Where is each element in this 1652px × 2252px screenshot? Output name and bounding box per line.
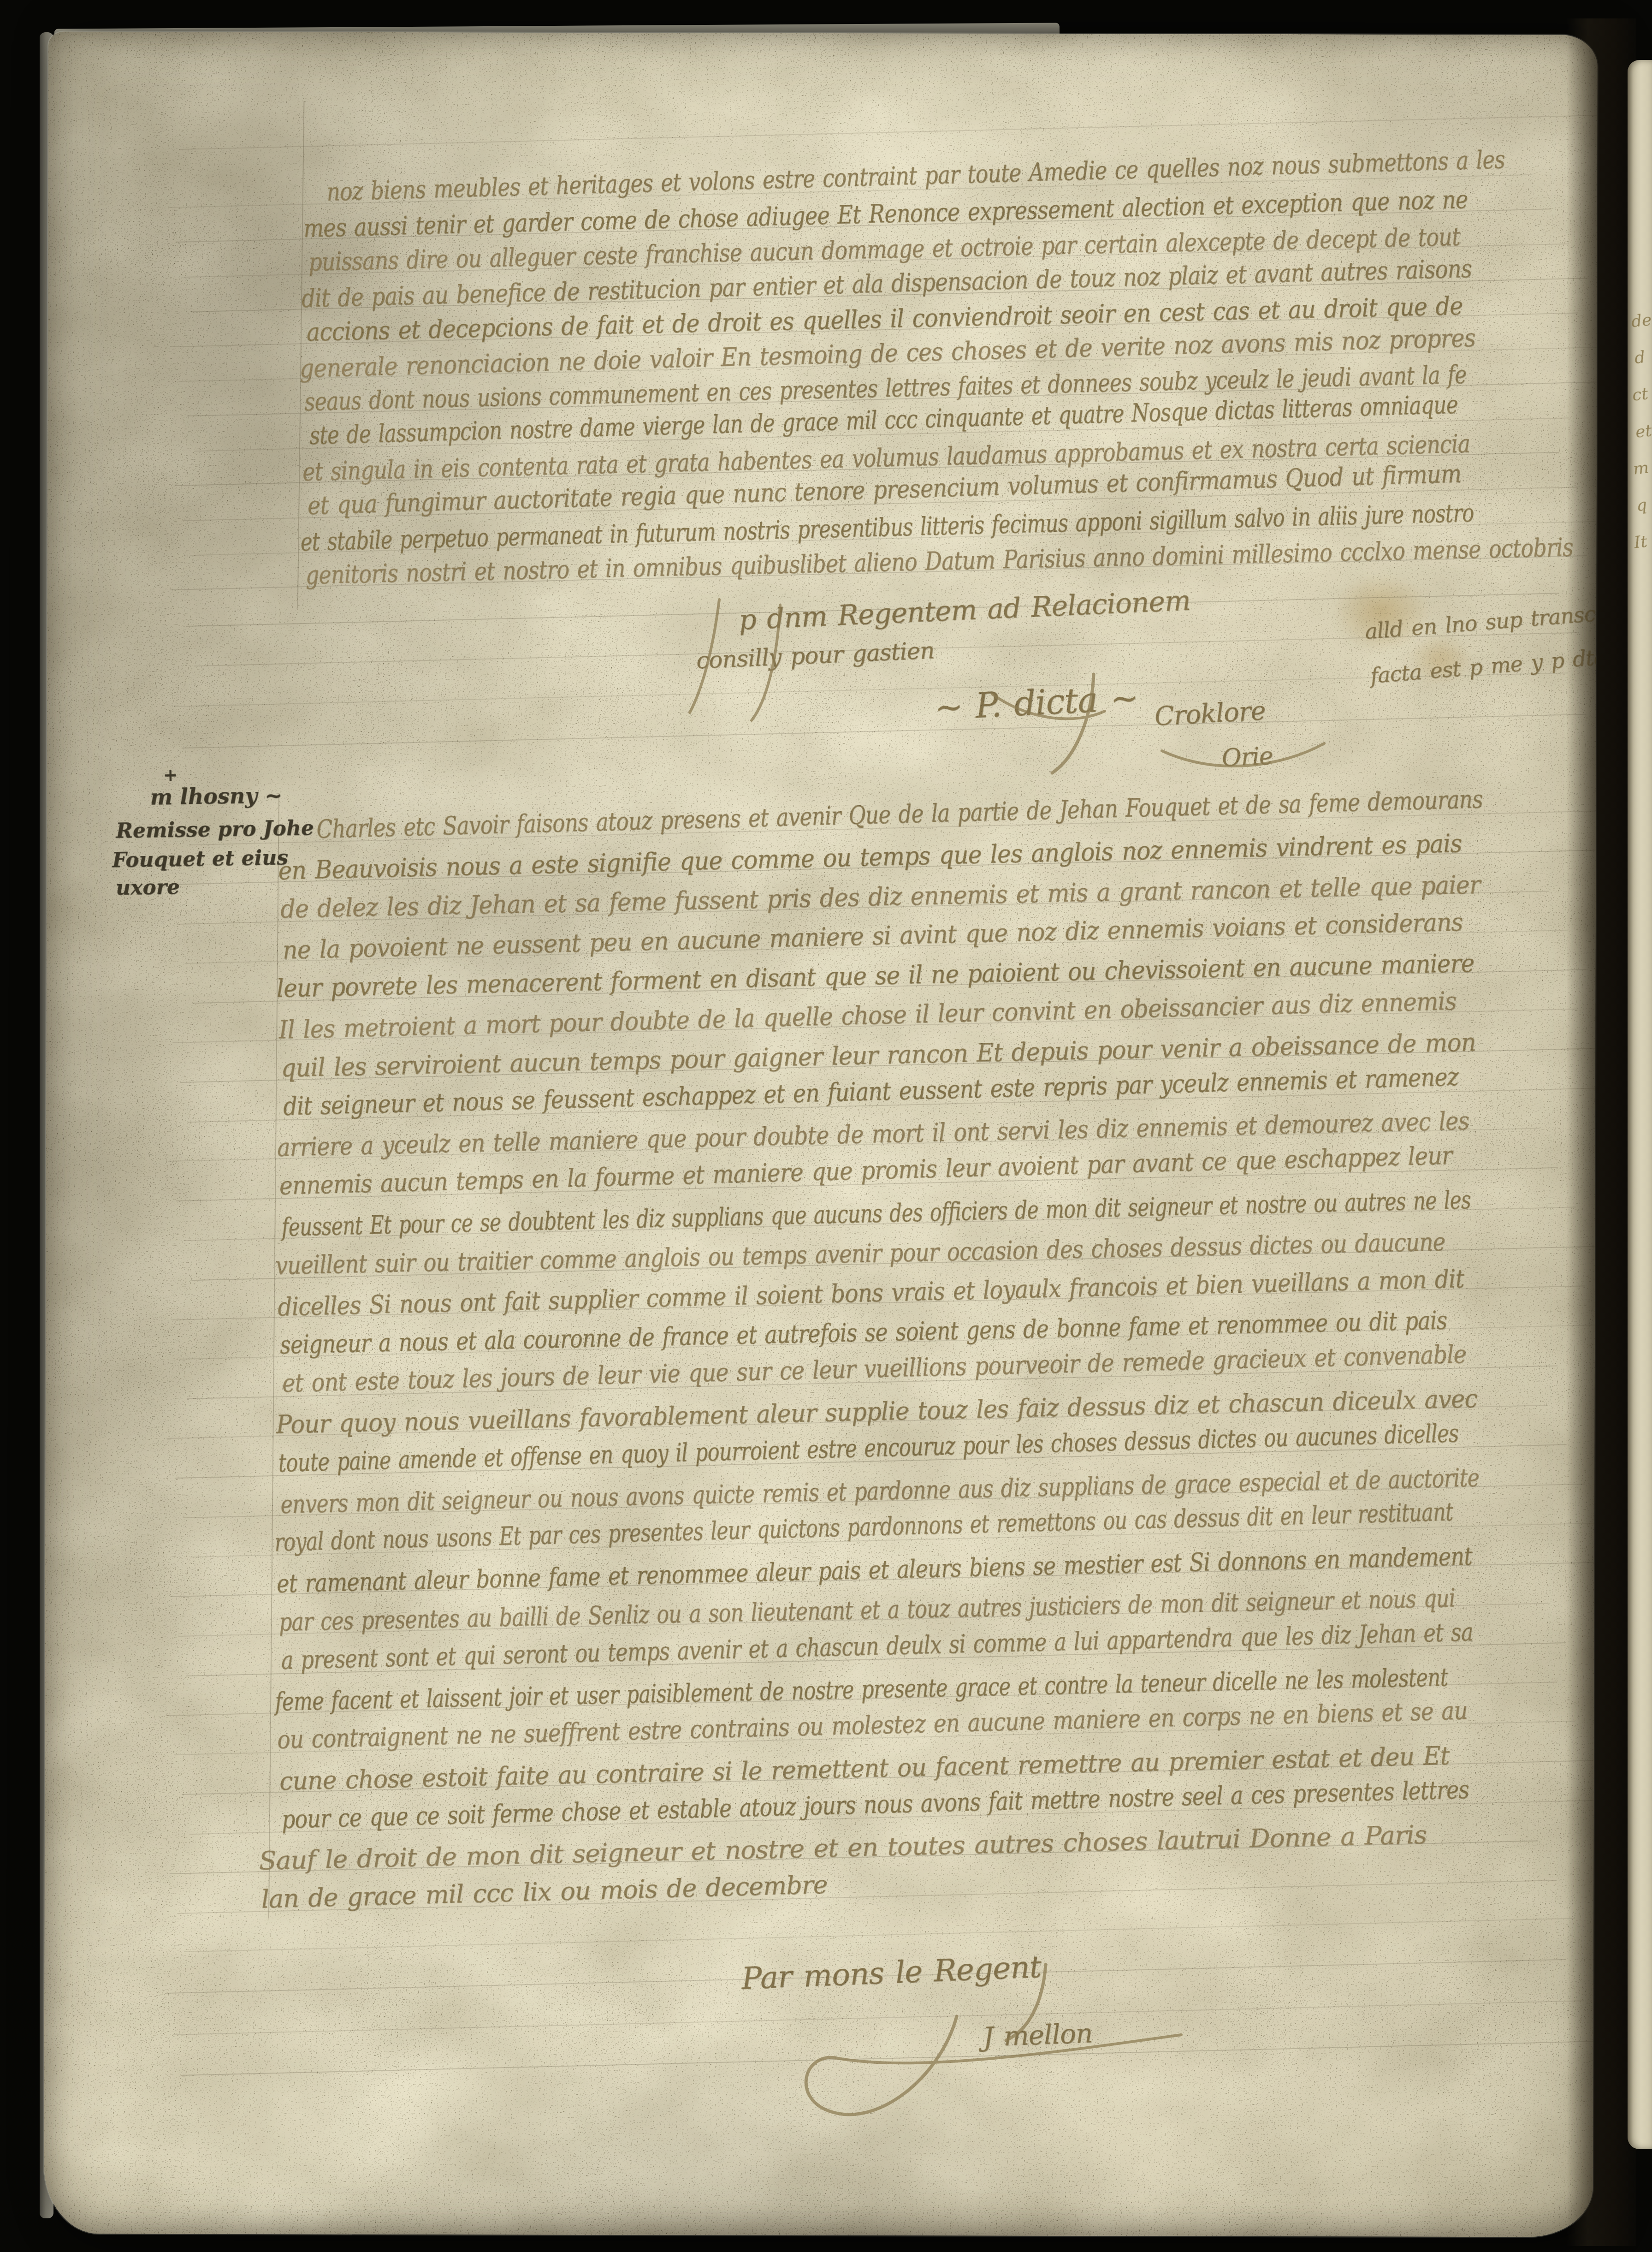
parchment-page: noz biens meubles et heritages et volons… [44, 31, 1598, 2237]
clerk-name-croklore: Croklore [1154, 696, 1266, 732]
ruling-line [185, 1918, 1575, 1953]
margin-note-line: uxore [116, 875, 180, 900]
counsel-subscription-line: consilly pour gastien [696, 637, 935, 674]
facing-folio-text-fragment: ct [1631, 384, 1649, 404]
photo-backdrop: noz biens meubles et heritages et volons… [0, 0, 1652, 2252]
clerk-signature: J mellon [983, 2017, 1093, 2053]
facing-folio-text-fragment: m [1632, 458, 1650, 478]
ruling-line [174, 672, 1568, 707]
regent-subscription-line: p dnm Regentem ad Relacionem [738, 584, 1191, 636]
facing-folio-text-fragment: It [1633, 532, 1648, 553]
collation-note-line2: facta est p me y p dta [1369, 644, 1598, 689]
facing-folio-text-fragment: q [1635, 495, 1648, 515]
facing-folio-sliver: dedctetmqIt [1628, 60, 1652, 2149]
clerk-name-orie: Orie [1221, 742, 1273, 772]
ruling-line [181, 2041, 1598, 2076]
ruling-line [182, 714, 1587, 749]
facing-folio-text-fragment: et [1634, 421, 1652, 442]
margin-cross-mark: + [163, 764, 178, 785]
ruling-line [173, 2000, 1584, 2035]
margin-note-line: Remisse pro Johe [116, 816, 314, 843]
facing-folio-text-fragment: de [1630, 310, 1652, 331]
binding-gutter-shadow [1567, 18, 1636, 2246]
docket-by-regent-line: Par mons le Regent [741, 1949, 1042, 1996]
dicta-mark: ~ P. dicta ~ [934, 678, 1139, 728]
margin-note-line: Fouquet et eius [112, 846, 288, 872]
facing-folio-text-fragment: d [1634, 348, 1646, 368]
margin-note-line: m lhosny ~ [150, 783, 283, 809]
manuscript-text-line: lan de grace mil ccc lix ou mois de dece… [261, 1870, 828, 1913]
ruling-line [179, 115, 1598, 150]
